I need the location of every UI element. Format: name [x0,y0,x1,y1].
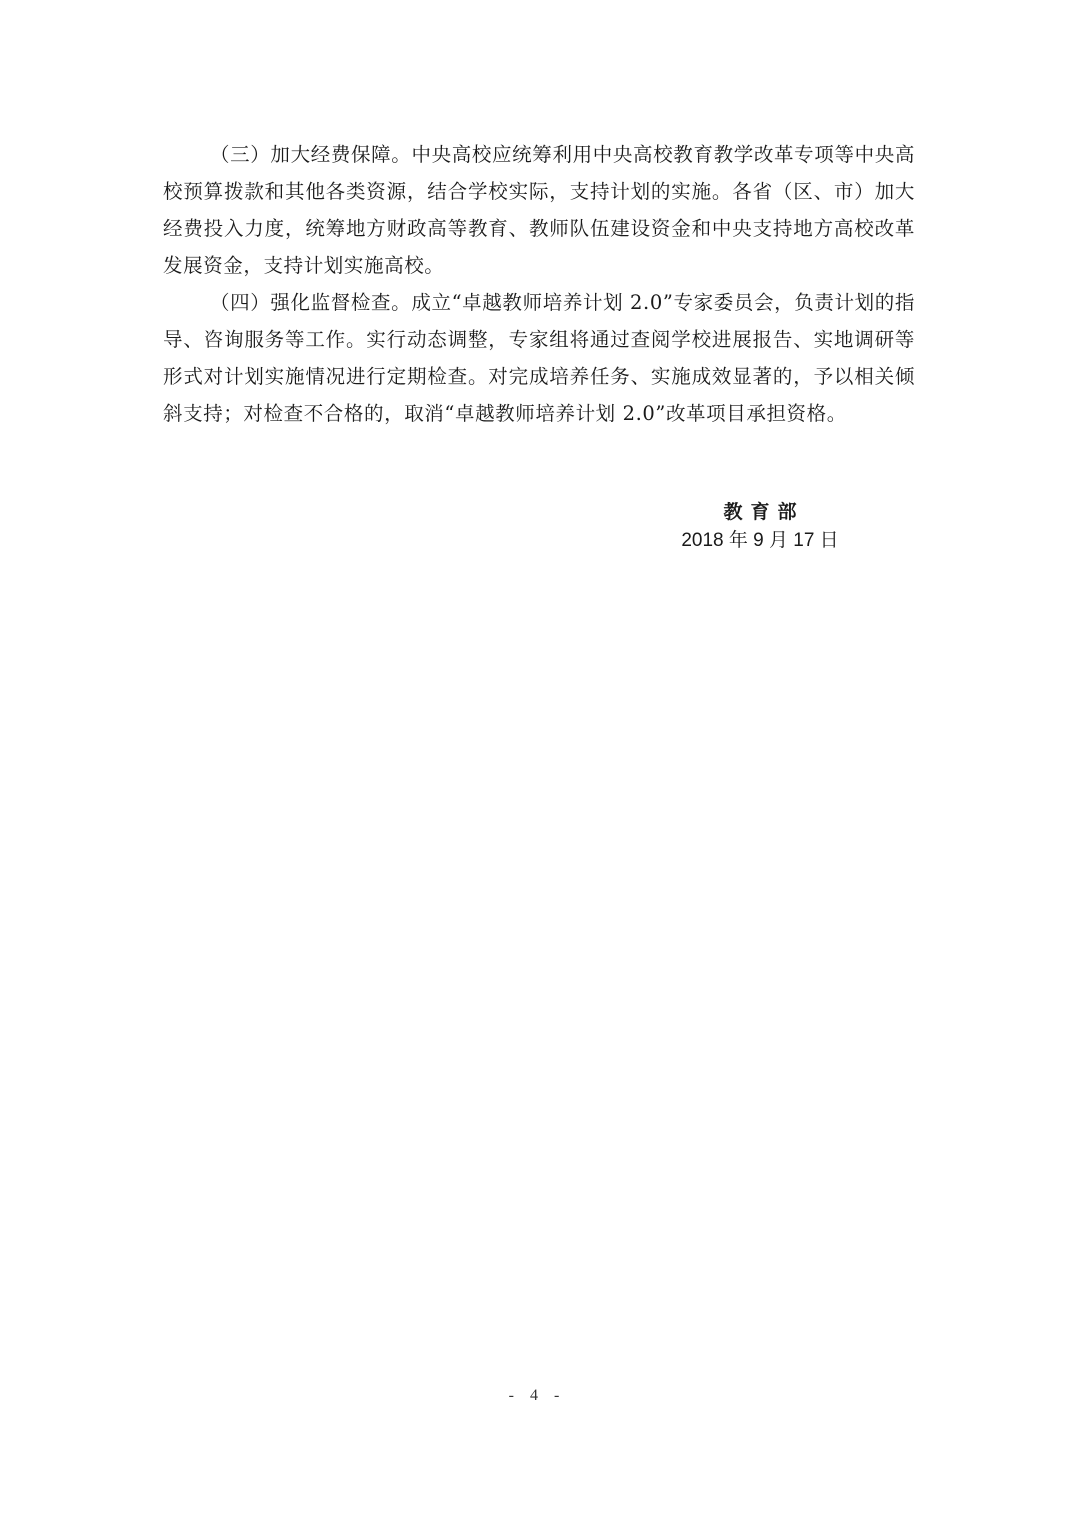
paragraph-section-3: （三）加大经费保障。中央高校应统筹利用中央高校教育教学改革专项等中央高校预算拨款… [163,136,915,284]
signature-block: 教育部 2018 年 9 月 17 日 [660,499,860,555]
paragraph-section-4: （四）强化监督检查。成立“卓越教师培养计划 2.0”专家委员会，负责计划的指导、… [163,284,915,432]
document-page: （三）加大经费保障。中央高校应统筹利用中央高校教育教学改革专项等中央高校预算拨款… [0,0,1074,1520]
issue-date: 2018 年 9 月 17 日 [660,527,860,555]
issuing-organization: 教育部 [660,499,860,527]
section-heading: （三）加大经费保障。 [210,143,411,166]
page-number: - 4 - [0,1387,1074,1405]
section-heading: （四）强化监督检查。 [210,291,411,314]
document-body: （三）加大经费保障。中央高校应统筹利用中央高校教育教学改革专项等中央高校预算拨款… [163,136,915,432]
